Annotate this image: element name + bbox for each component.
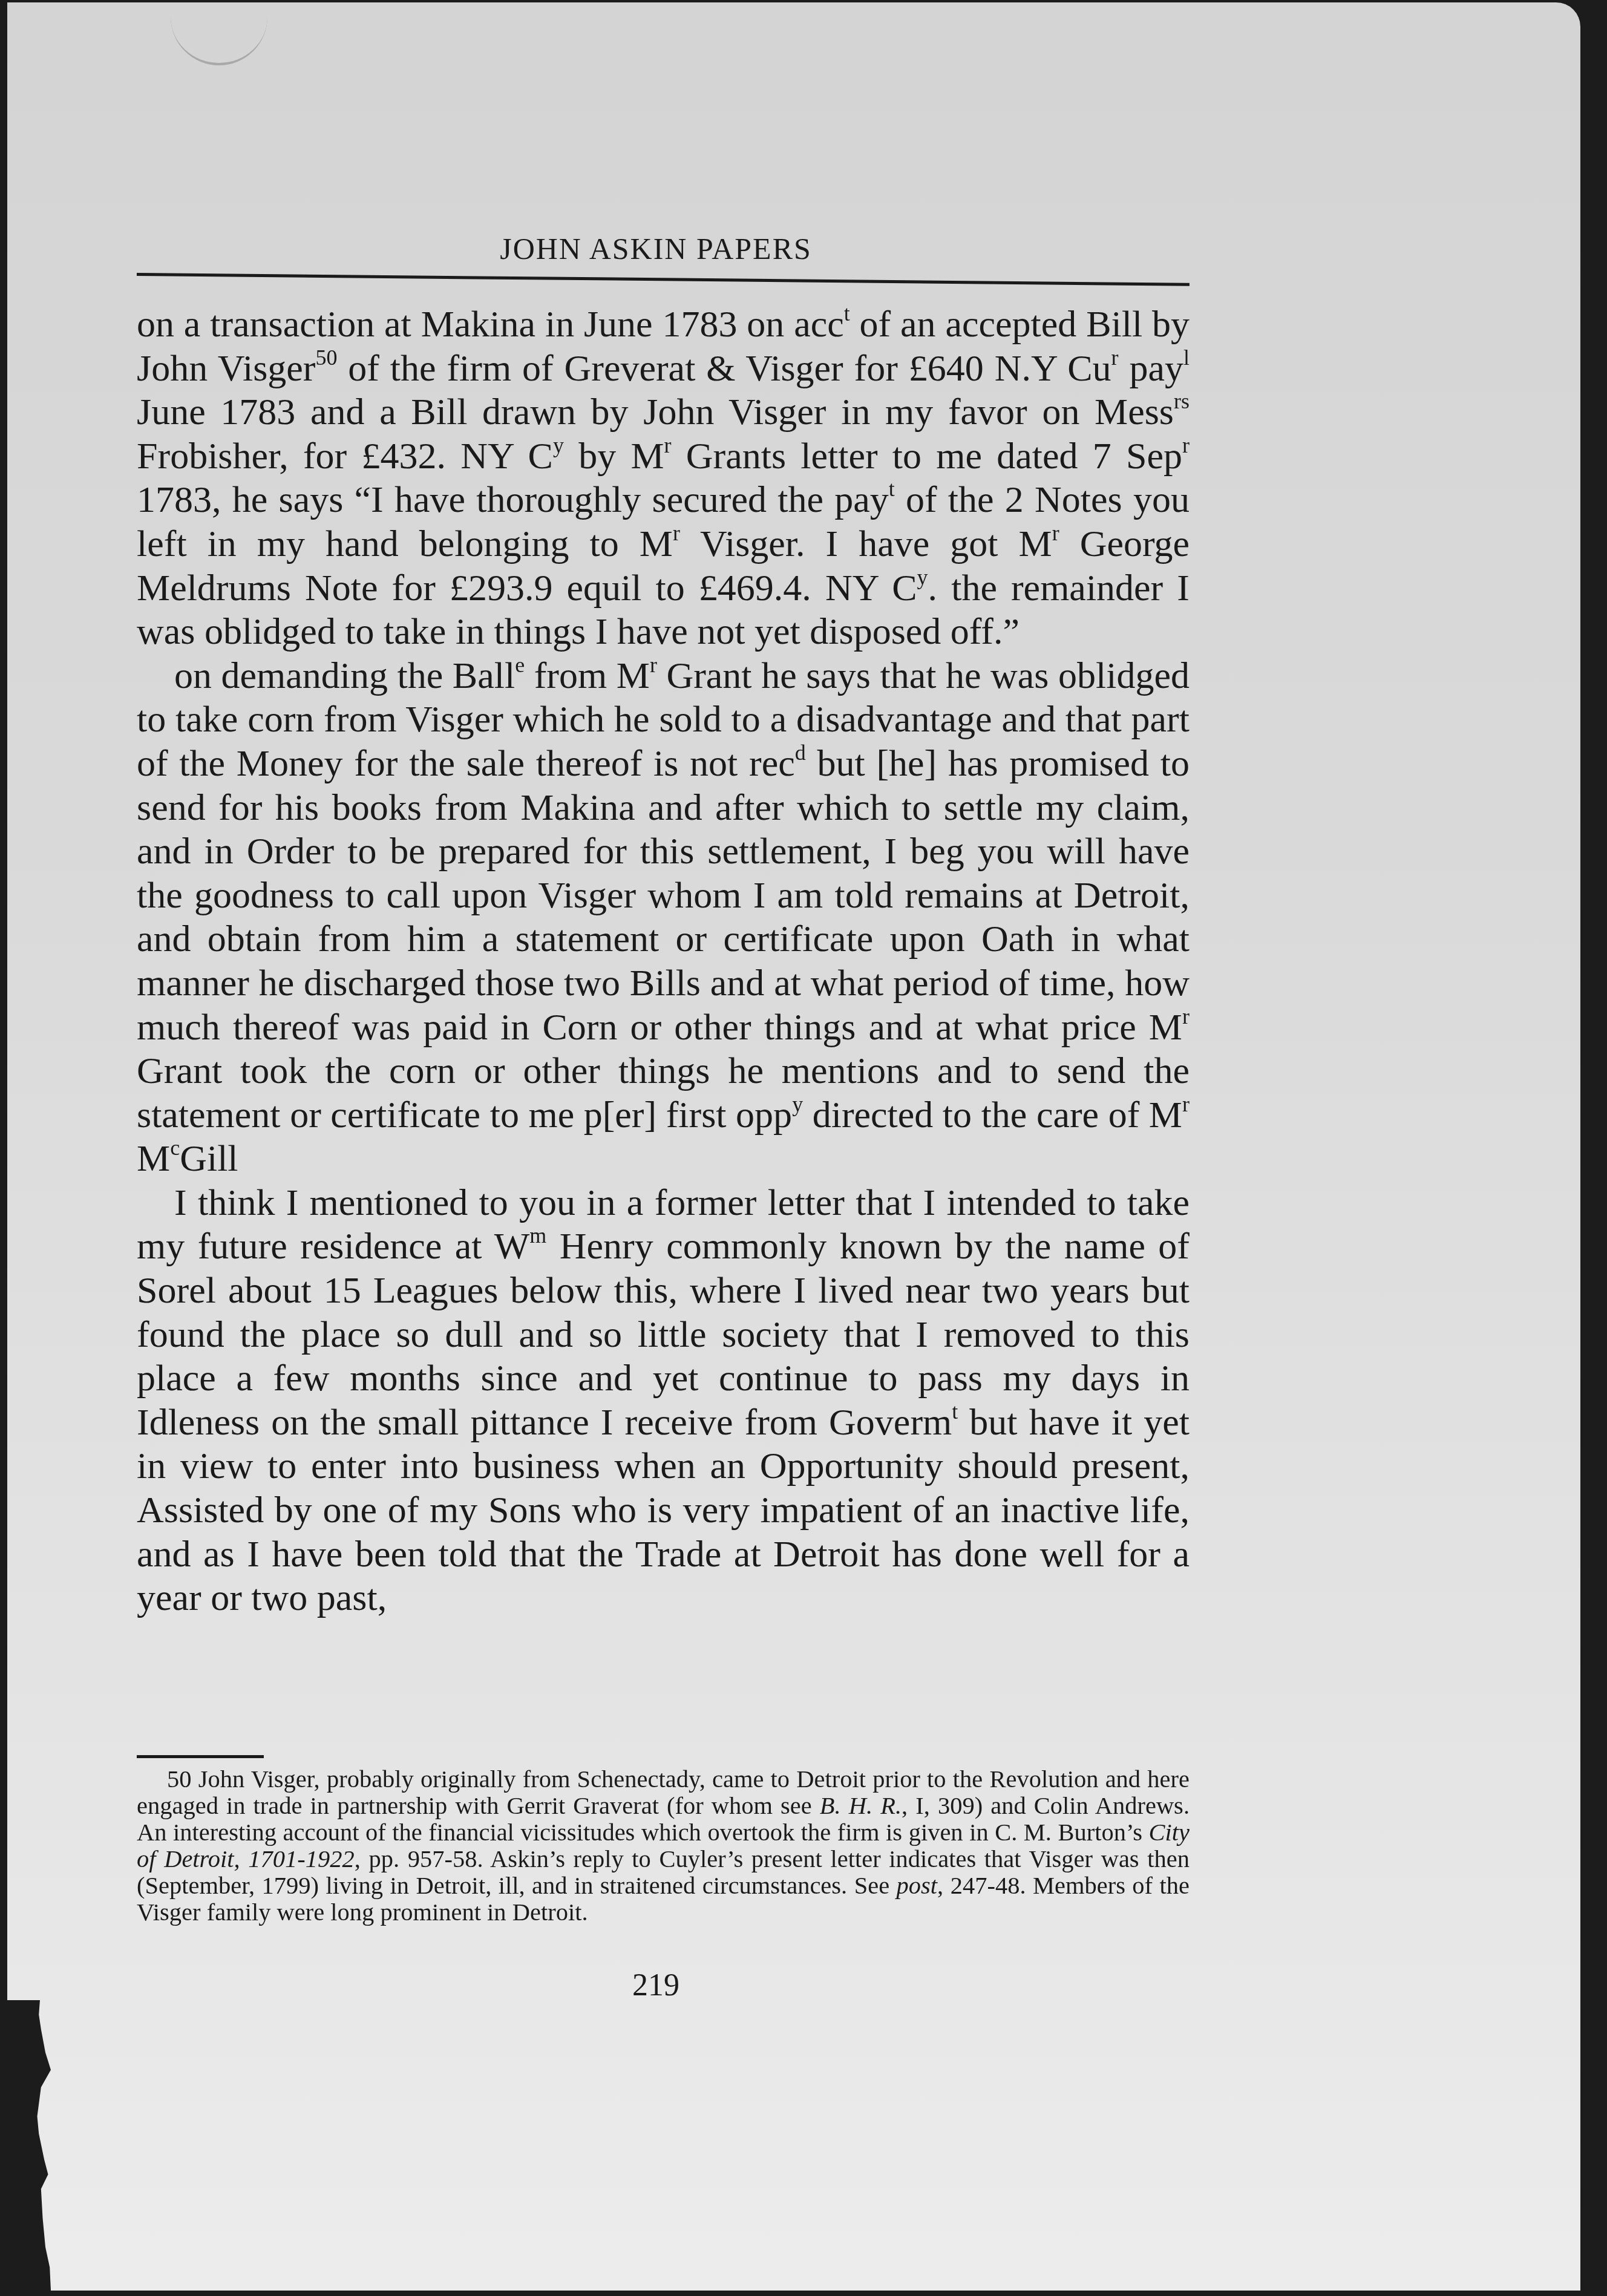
paragraph: on a transaction at Makina in June 1783 …	[137, 303, 1190, 654]
superscript: c	[170, 1136, 180, 1160]
body-text: on a transaction at Makina in June 1783 …	[137, 303, 1190, 1620]
header-rule	[137, 273, 1190, 286]
superscript: r	[650, 653, 657, 677]
italic-citation: post	[897, 1872, 938, 1899]
book-page: JOHN ASKIN PAPERS on a transaction at Ma…	[7, 2, 1580, 2291]
italic-citation: B. H. R.	[820, 1792, 902, 1819]
running-head: JOHN ASKIN PAPERS	[123, 231, 1188, 266]
footnote-rule	[137, 1755, 264, 1758]
superscript: t	[844, 301, 850, 325]
superscript: l	[1183, 345, 1190, 370]
torn-page-edge	[7, 2000, 62, 2291]
paragraph: on demanding the Balle from Mr Grant he …	[137, 654, 1190, 1181]
page-number: 219	[123, 1967, 1188, 2003]
footnote-number: 50	[167, 1765, 192, 1793]
superscript: r	[1052, 521, 1059, 545]
superscript: e	[515, 653, 525, 677]
footnote-text: John Visger, probably originally from Sc…	[137, 1765, 1190, 1926]
superscript: r	[1182, 1092, 1190, 1116]
superscript: t	[952, 1399, 958, 1424]
superscript: d	[795, 741, 806, 765]
italic-citation: City of Detroit, 1701-1922	[137, 1819, 1190, 1872]
paragraph: I think I mentioned to you in a former l…	[137, 1181, 1190, 1620]
superscript: y	[792, 1092, 803, 1116]
superscript: r	[1111, 345, 1119, 370]
superscript: r	[1182, 433, 1190, 457]
superscript: r	[1182, 1004, 1190, 1029]
superscript: rs	[1174, 389, 1190, 413]
superscript: y	[917, 565, 928, 589]
superscript: r	[673, 521, 680, 545]
page-crease	[171, 2, 267, 65]
footnote: 50 John Visger, probably originally from…	[137, 1766, 1190, 1926]
superscript: m	[529, 1223, 546, 1248]
superscript: y	[553, 433, 564, 457]
superscript: t	[889, 477, 895, 501]
superscript: 50	[315, 345, 337, 370]
superscript: r	[664, 433, 672, 457]
